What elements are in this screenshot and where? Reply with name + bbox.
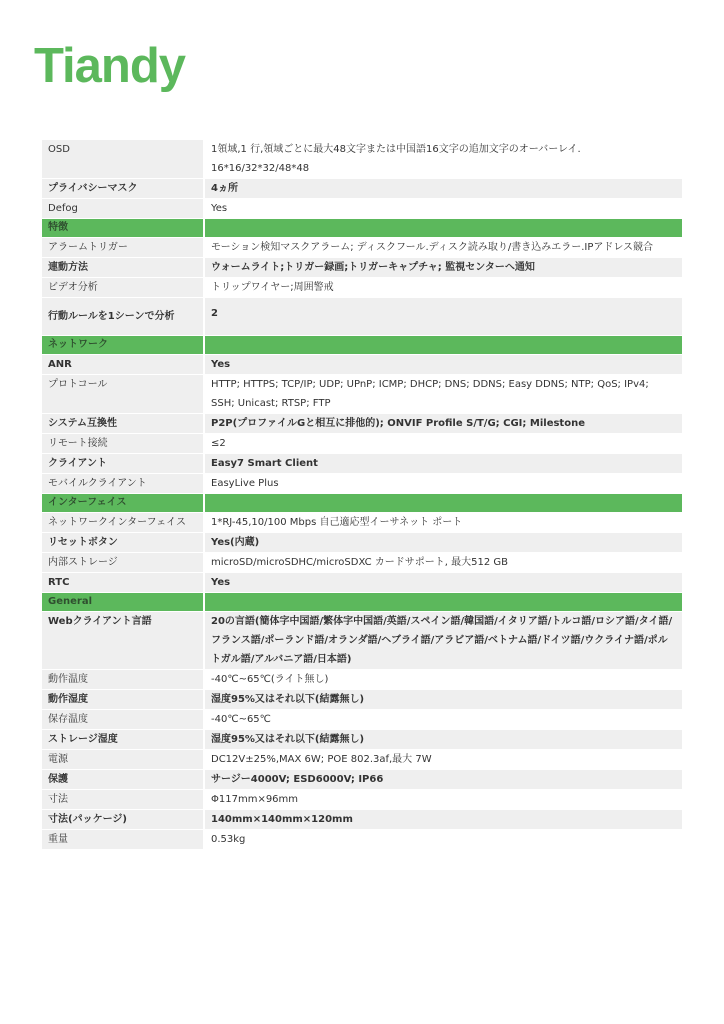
spec-label: RTC (42, 573, 203, 592)
spec-label: プライバシーマスク (42, 179, 203, 198)
section-header-fill (205, 494, 682, 512)
spec-row-anr: ANR Yes (42, 355, 682, 374)
spec-value: 湿度95%又はそれ以下(結露無し) (205, 690, 682, 709)
spec-value: Yes (205, 199, 682, 218)
spec-label: モバイルクライアント (42, 474, 203, 493)
spec-row-protocol: プロトコール HTTP; HTTPS; TCP/IP; UDP; UPnP; I… (42, 375, 682, 413)
spec-row-mobile-client: モバイルクライアント EasyLive Plus (42, 474, 682, 493)
spec-label: 動作温度 (42, 670, 203, 689)
spec-value: 0.53kg (205, 830, 682, 849)
spec-row-storage-humidity: ストレージ湿度 湿度95%又はそれ以下(結露無し) (42, 730, 682, 749)
section-title: インターフェイス (42, 494, 203, 512)
spec-label: 連動方法 (42, 258, 203, 277)
spec-label: プロトコール (42, 375, 203, 413)
spec-table: OSD 1領域,1 行,領域ごとに最大48文字または中国語16文字の追加文字のオ… (42, 140, 682, 850)
spec-row-network-interface: ネットワークインターフェイス 1*RJ-45,10/100 Mbps 自己適応型… (42, 513, 682, 532)
spec-row-alarm-trigger: アラームトリガー モーション検知マスクアラーム; ディスクフール.ディスク読み取… (42, 238, 682, 257)
spec-value: モーション検知マスクアラーム; ディスクフール.ディスク読み取り/書き込みエラー… (205, 238, 682, 257)
spec-value: microSD/microSDHC/microSDXC カードサポート, 最大5… (205, 553, 682, 572)
spec-label: Defog (42, 199, 203, 218)
spec-value: 1領域,1 行,領域ごとに最大48文字または中国語16文字の追加文字のオーバーレ… (205, 140, 682, 178)
spec-row-operating-temperature: 動作温度 -40℃~65℃(ライト無し) (42, 670, 682, 689)
spec-value: Yes (205, 355, 682, 374)
section-header-interface: インターフェイス (42, 494, 682, 512)
spec-label: ストレージ湿度 (42, 730, 203, 749)
section-header-network: ネットワーク (42, 336, 682, 354)
spec-row-power: 電源 DC12V±25%,MAX 6W; POE 802.3af,最大 7W (42, 750, 682, 769)
section-header-general: General (42, 593, 682, 611)
spec-row-reset-button: リセットボタン Yes(内蔵) (42, 533, 682, 552)
spec-label: 重量 (42, 830, 203, 849)
spec-value: Yes (205, 573, 682, 592)
spec-value: HTTP; HTTPS; TCP/IP; UDP; UPnP; ICMP; DH… (205, 375, 682, 413)
spec-row-privacy-mask: プライバシーマスク 4ヵ所 (42, 179, 682, 198)
spec-row-remote-connection: リモート接続 ≤2 (42, 434, 682, 453)
spec-value: ≤2 (205, 434, 682, 453)
spec-row-package-dimensions: 寸法(パッケージ) 140mm×140mm×120mm (42, 810, 682, 829)
section-header-features: 特徴 (42, 219, 682, 237)
section-title: ネットワーク (42, 336, 203, 354)
spec-label: 保護 (42, 770, 203, 789)
spec-row-dimensions: 寸法 Φ117mm×96mm (42, 790, 682, 809)
spec-value: Yes(内蔵) (205, 533, 682, 552)
spec-label: OSD (42, 140, 203, 178)
tiandy-logo: Tiandy (34, 38, 185, 94)
spec-label: システム互換性 (42, 414, 203, 433)
spec-label: リセットボタン (42, 533, 203, 552)
spec-label: 電源 (42, 750, 203, 769)
spec-row-defog: Defog Yes (42, 199, 682, 218)
spec-value: EasyLive Plus (205, 474, 682, 493)
section-header-fill (205, 593, 682, 611)
spec-label: 動作湿度 (42, 690, 203, 709)
section-header-fill (205, 336, 682, 354)
spec-value: 1*RJ-45,10/100 Mbps 自己適応型イーサネット ポート (205, 513, 682, 532)
spec-row-weight: 重量 0.53kg (42, 830, 682, 849)
section-header-fill (205, 219, 682, 237)
spec-value: DC12V±25%,MAX 6W; POE 802.3af,最大 7W (205, 750, 682, 769)
spec-value: 湿度95%又はそれ以下(結露無し) (205, 730, 682, 749)
spec-row-linkage: 連動方法 ウォームライト;トリガー録画;トリガーキャプチャ; 監視センターへ通知 (42, 258, 682, 277)
spec-value: P2P(プロファイルGと相互に排他的); ONVIF Profile S/T/G… (205, 414, 682, 433)
spec-row-behavior-rules: 行動ルールを1シーンで分析 2 (42, 298, 682, 335)
spec-value: 2 (205, 298, 682, 335)
spec-value: ウォームライト;トリガー録画;トリガーキャプチャ; 監視センターへ通知 (205, 258, 682, 277)
spec-row-storage-temperature: 保存温度 -40℃~65℃ (42, 710, 682, 729)
spec-value: -40℃~65℃(ライト無し) (205, 670, 682, 689)
spec-label: リモート接続 (42, 434, 203, 453)
spec-label: アラームトリガー (42, 238, 203, 257)
spec-value: 140mm×140mm×120mm (205, 810, 682, 829)
spec-row-web-languages: Webクライアント言語 20の言語(簡体字中国語/繁体字中国語/英語/スペイン語… (42, 612, 682, 669)
spec-row-rtc: RTC Yes (42, 573, 682, 592)
section-title: 特徴 (42, 219, 203, 237)
spec-row-osd: OSD 1領域,1 行,領域ごとに最大48文字または中国語16文字の追加文字のオ… (42, 140, 682, 178)
spec-row-video-analytics: ビデオ分析 トリップワイヤー;周囲警戒 (42, 278, 682, 297)
spec-row-protection: 保護 サージー4000V; ESD6000V; IP66 (42, 770, 682, 789)
spec-label: 保存温度 (42, 710, 203, 729)
section-title: General (42, 593, 203, 611)
spec-value: トリップワイヤー;周囲警戒 (205, 278, 682, 297)
spec-value: サージー4000V; ESD6000V; IP66 (205, 770, 682, 789)
spec-label: 行動ルールを1シーンで分析 (42, 298, 203, 335)
spec-value: 20の言語(簡体字中国語/繁体字中国語/英語/スペイン語/韓国語/イタリア語/ト… (205, 612, 682, 669)
spec-label: ANR (42, 355, 203, 374)
spec-value: -40℃~65℃ (205, 710, 682, 729)
spec-value: 4ヵ所 (205, 179, 682, 198)
spec-label: ビデオ分析 (42, 278, 203, 297)
spec-row-operating-humidity: 動作湿度 湿度95%又はそれ以下(結露無し) (42, 690, 682, 709)
spec-value: Easy7 Smart Client (205, 454, 682, 473)
spec-label: Webクライアント言語 (42, 612, 203, 669)
spec-label: ネットワークインターフェイス (42, 513, 203, 532)
spec-row-internal-storage: 内部ストレージ microSD/microSDHC/microSDXC カードサ… (42, 553, 682, 572)
spec-label: 寸法(パッケージ) (42, 810, 203, 829)
spec-value: Φ117mm×96mm (205, 790, 682, 809)
spec-label: 内部ストレージ (42, 553, 203, 572)
spec-row-client: クライアント Easy7 Smart Client (42, 454, 682, 473)
spec-label: クライアント (42, 454, 203, 473)
spec-row-compatibility: システム互換性 P2P(プロファイルGと相互に排他的); ONVIF Profi… (42, 414, 682, 433)
spec-label: 寸法 (42, 790, 203, 809)
